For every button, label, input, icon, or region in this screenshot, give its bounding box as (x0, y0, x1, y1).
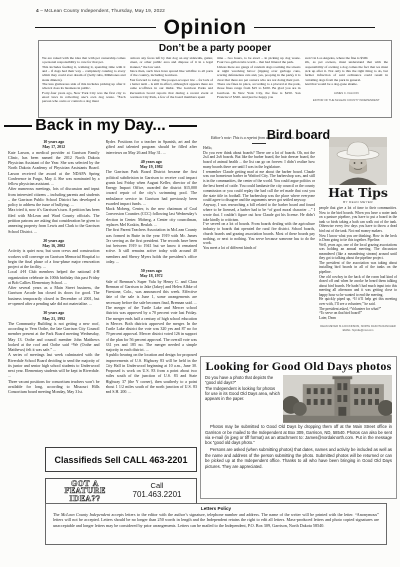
bird-board-text-1: Hello, Do you ever think about boards? T… (203, 146, 315, 251)
letters-policy-title: Letters Policy (53, 506, 379, 511)
phone-number: 701.463.2201 (121, 491, 193, 500)
bimd-column-1: 10 years ago May 17, 2012 Kate Larson, a… (8, 139, 100, 442)
bimd-rule-left (4, 125, 32, 127)
editor-signature: JAMES C. FALCON EDITOR OF THE McLEAN COU… (305, 88, 389, 106)
decade-text: Activity is quiet now, but soon crews an… (8, 248, 100, 306)
columnist-signature: DEAN MEYER IS A DICKINSON, NORTH DAKOTA … (319, 325, 397, 332)
page-title: Opinion (164, 17, 247, 38)
bird-board-column-1: Editor’s note: This is a reprint from a … (203, 136, 315, 356)
hat-tips-column: Hat Tips BY DEAN MEYER people that give … (319, 137, 397, 332)
section-header: Opinion (35, 16, 375, 38)
letters-policy-paper-name: McLean County Independent (61, 512, 110, 517)
columnist-email: EMAIL: Njordie@nwt.com (319, 329, 397, 333)
article-column-4-text: aren’t in Los Angeles, where the fine is… (305, 56, 389, 86)
good-old-days-headline: Looking for Good Old Days photos (205, 360, 392, 373)
feature-idea-ad: GOT A FEATURE IDEA?? Call 701.463.2201 (45, 478, 197, 504)
letters-policy-body: The McLean County Independent accepts le… (53, 512, 379, 528)
good-old-days-box: Looking for Good Old Days photos Do you … (200, 356, 397, 499)
good-old-days-row: Do you have a photo that depicts the “go… (205, 375, 392, 423)
note-divider (252, 143, 266, 144)
editor-signature-name: JAMES C. FALCON (305, 92, 389, 96)
article-column-2: remove any feces left by that dog on any… (130, 56, 214, 116)
back-in-my-day-section: 10 years ago May 17, 2012 Kate Larson, a… (8, 139, 197, 442)
letters-policy-body-start: The (53, 512, 61, 517)
feature-idea-text: GOT A FEATURE IDEA?? (49, 480, 121, 502)
decade-text: Sale of Brennan’s Super Valu by Henry C.… (106, 279, 198, 395)
article-column-4: aren’t in Los Angeles, where the fine is… (305, 56, 389, 116)
bimd-headline: Back in my Day... (35, 118, 165, 134)
classifieds-text: Classifieds Sell CALL 463-2201 (55, 455, 188, 465)
good-old-days-intro: Do you have a photo that depicts the “go… (205, 375, 280, 423)
masthead-text: – McLean County Independent, Thursday, M… (39, 9, 165, 14)
letters-policy-box: Letters Policy The McLean County Indepen… (45, 503, 387, 545)
historic-school-photo (283, 375, 392, 423)
dean-meyer-photo (329, 137, 387, 185)
newspaper-page: 4 – McLean County Independent, Thursday,… (0, 0, 400, 567)
good-old-days-body-1: Photos may be submitted to Good Old Days… (205, 424, 392, 446)
decade-text: The Garrison Park Board District became … (106, 169, 198, 264)
article-columns: We are raised with the idea that with pe… (42, 56, 388, 116)
editors-note: Editor’s note: This is a reprint from a … (203, 136, 315, 141)
bimd-column-2: Ryder. Positions for a teacher in Spanis… (106, 139, 198, 442)
decade-text-continued: Ryder. Positions for a teacher in Spanis… (106, 139, 198, 155)
masthead: 4 – McLean County Independent, Thursday,… (36, 9, 165, 14)
decade-text: Kate Larson, a medical provider at Garri… (8, 150, 100, 234)
article-column-3: time – two hours, to be exact – in picki… (217, 56, 301, 116)
back-in-my-day-header: Back in my Day... (4, 118, 197, 134)
article-party-pooper: Don’t be a party pooper We are raised wi… (38, 40, 392, 118)
good-old-days-body-2: Persons are asked (when submitting photo… (205, 447, 392, 469)
header-rule-left (35, 27, 156, 28)
hat-tips-byline: BY DEAN MEYER (319, 200, 397, 204)
feature-idea-contact: Call 701.463.2201 (121, 482, 193, 499)
hat-tips-title: Hat Tips (319, 186, 397, 199)
editor-signature-title: EDITOR OF THE McLEAN COUNTY INDEPENDENT (305, 99, 389, 103)
decade-text: The Community Building is not getting a … (8, 321, 100, 395)
article-column-1: We are raised with the idea that with pe… (42, 56, 126, 116)
classifieds-ad: Classifieds Sell CALL 463-2201 (45, 447, 197, 472)
bird-board-column-2: people that give a lot of time to their … (319, 206, 397, 322)
bimd-rule-right (169, 125, 197, 127)
header-rule-right (254, 27, 375, 28)
article-headline: Don’t be a party pooper (42, 43, 388, 54)
